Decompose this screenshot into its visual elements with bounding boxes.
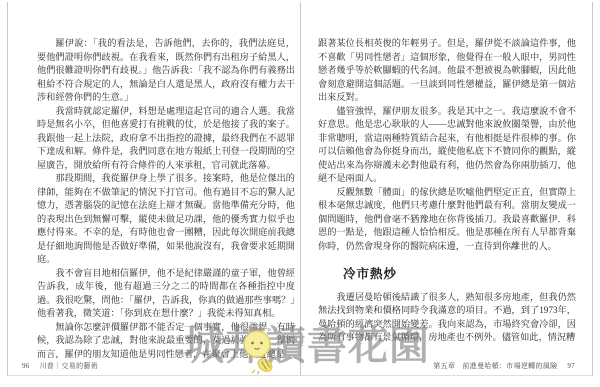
left-page-text: 羅伊說：「我的看法是，告訴他們，去你的，我們法庭見，要他們證明你們歧視。在我看來… xyxy=(37,37,295,361)
paragraph: 反觀無數「體面」的傢伙總是吹噓他們堅定正直，但實際上根本毫無忠誠度，他們只考慮什… xyxy=(318,186,576,254)
paragraph: 我當時就認定羅伊，料想是處理這起官司的適合人選。我當時是無名小卒，但他喜愛打有挑… xyxy=(37,105,295,173)
page-edge-right-line xyxy=(592,2,593,376)
paragraph: 儘管強悍，羅伊朋友很多。我是其中之一。我這麼說不會不好意思。他是忠心耿耿的人——… xyxy=(318,105,576,186)
book-title: 川普｜交易的藝術 xyxy=(40,362,98,370)
chapter-title: 第五章 前進曼哈頓：市場逆轉的風險 xyxy=(433,362,557,370)
right-page-number: 97 xyxy=(567,362,575,370)
paragraph: 那段期間，我從羅伊身上學了很多。接案時，他是位傑出的律師，能夠在不做筆記的情況下… xyxy=(37,172,295,267)
paragraph: 無論你怎麼評價羅伊都不能否定一個事實，他很強悍。有時候，我認為除了忠誠，對他來說… xyxy=(37,321,295,362)
paragraph: 我不會盲目地相信羅伊，他不是紀律嚴謹的童子軍，他曾經告訴我，成年後，他有超過三分… xyxy=(37,267,295,321)
paragraph-continuation: 跟著某位長相英俊的年輕男子。但是，羅伊從不談論這件事，他不喜歡「男同性戀者」這個… xyxy=(318,37,576,105)
book-spread: 羅伊說：「我的看法是，告訴他們，去你的，我們法庭見，要他們證明你們歧視。在我看來… xyxy=(0,0,600,387)
paragraph: 羅伊說：「我的看法是，告訴他們，去你的，我們法庭見，要他們證明你們歧視。在我看來… xyxy=(37,37,295,105)
left-page-footer: 96川普｜交易的藝術 xyxy=(22,361,98,371)
paragraph: 我遷居曼哈頓後結識了很多人，熟知很多房地產，但我仍然無法找到物業和價格同時令我滿… xyxy=(318,291,576,345)
left-page-number: 96 xyxy=(22,362,30,370)
page-edge-left-line xyxy=(7,2,8,376)
right-page-text: 跟著某位長相英俊的年輕男子。但是，羅伊從不談論這件事，他不喜歡「男同性戀者」這個… xyxy=(318,37,576,345)
section-heading: 冷市熱炒 xyxy=(318,268,576,282)
page-gutter-line xyxy=(300,2,301,376)
right-page-footer: 第五章 前進曼哈頓：市場逆轉的風險97 xyxy=(433,361,575,371)
page-edge-bottom-line xyxy=(7,375,593,376)
